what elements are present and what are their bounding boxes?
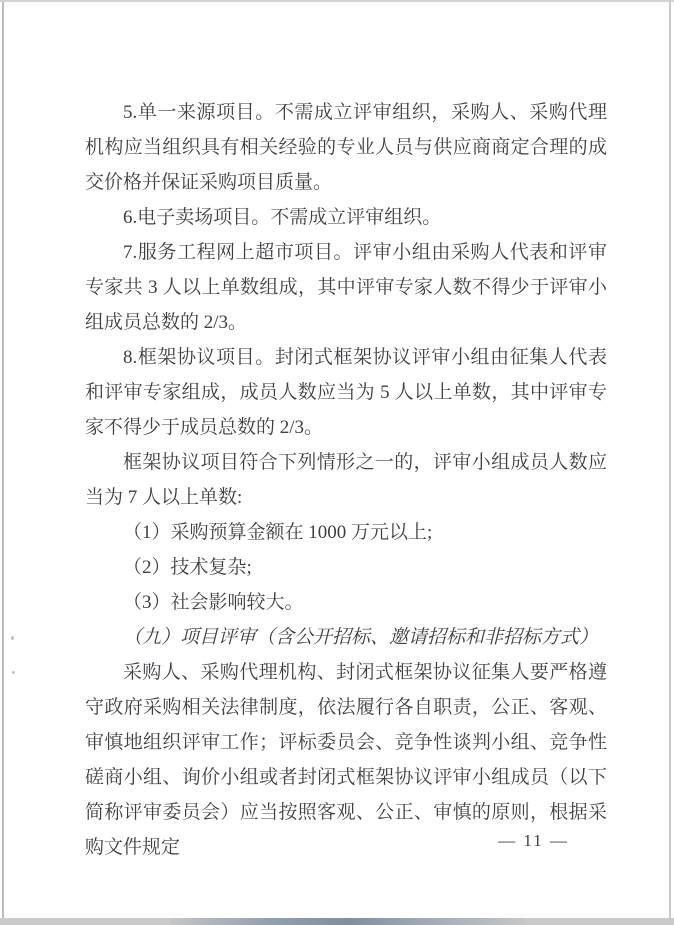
scan-speck (12, 671, 15, 674)
para-framework-agreement-project: 8.框架协议项目。封闭式框架协议评审小组由征集人代表和评审专家组成，成员人数应当… (85, 340, 607, 445)
list-item-budget-over-10m: （1）采购预算金额在 1000 万元以上; (85, 515, 607, 550)
page-edge-right (669, 2, 671, 918)
page-edge-left (2, 2, 4, 918)
heading-project-review: （九）项目评审（含公开招标、邀请招标和非招标方式） (85, 620, 607, 655)
para-single-source-project: 5.单一来源项目。不需成立评审组织，采购人、采购代理机构应当组织具有相关经验的专… (85, 95, 607, 200)
page-footer: — 11 — (85, 829, 607, 853)
scan-speck (11, 636, 14, 640)
list-item-social-impact: （3）社会影响较大。 (85, 585, 607, 620)
scanned-document-page: 5.单一来源项目。不需成立评审组织，采购人、采购代理机构应当组织具有相关经验的专… (0, 0, 674, 925)
page-number: — 11 — (498, 829, 569, 853)
para-e-marketplace-project: 6.电子卖场项目。不需成立评审组织。 (85, 200, 607, 235)
para-framework-conditions-intro: 框架协议项目符合下列情形之一的，评审小组成员人数应当为 7 人以上单数: (85, 445, 607, 515)
para-online-supermarket-project: 7.服务工程网上超市项目。评审小组由采购人代表和评审专家共 3 人以上单数组成，… (85, 235, 607, 340)
list-item-technical-complexity: （2）技术复杂; (85, 550, 607, 585)
scan-bottom-shadow (170, 918, 525, 925)
document-body: 5.单一来源项目。不需成立评审组织，采购人、采购代理机构应当组织具有相关经验的专… (85, 95, 607, 865)
page-edge-top (0, 0, 674, 2)
